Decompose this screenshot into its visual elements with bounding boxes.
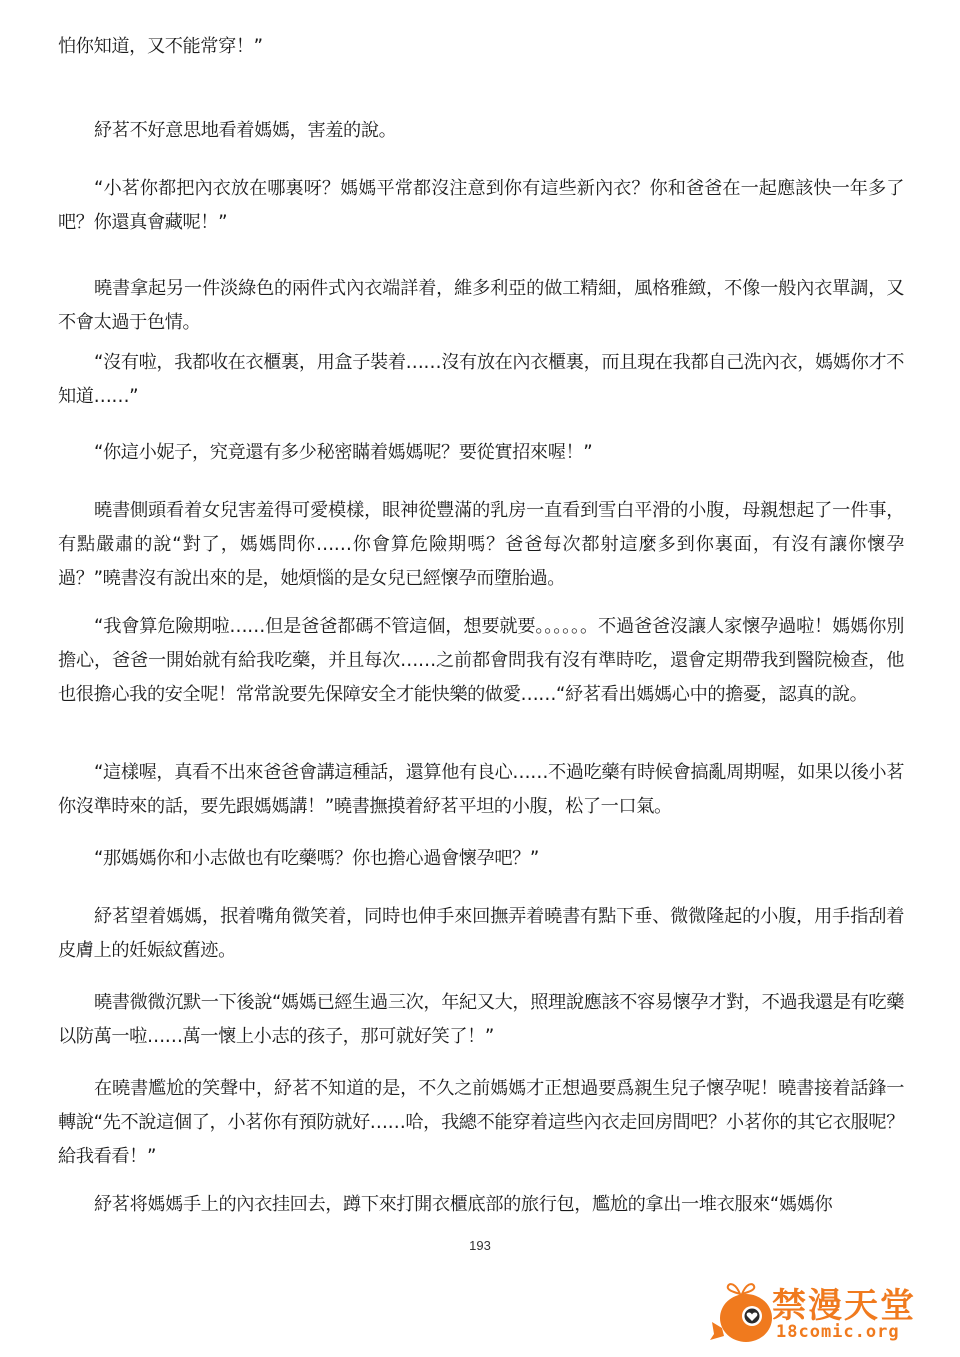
- paragraph-3: “小茗你都把內衣放在哪裏呀？媽媽平常都沒注意到你有這些新內衣？你和爸爸在一起應該…: [58, 172, 904, 240]
- watermark-logo: 禁漫天堂 18comic.org: [710, 1276, 950, 1352]
- paragraph-5: “沒有啦，我都收在衣櫃裏，用盒子裝着……沒有放在內衣櫃裏，而且現在我都自己洗內衣…: [58, 346, 904, 414]
- paragraph-11: 紓茗望着媽媽，抿着嘴角微笑着，同時也伸手來回撫弄着曉書有點下垂、微微隆起的小腹，…: [58, 900, 904, 968]
- orange-whale-mascot-icon: [710, 1276, 774, 1352]
- paragraph-4: 曉書拿起另一件淡綠色的兩件式內衣端詳着，維多利亞的做工精細，風格雅緻，不像一般內…: [58, 272, 904, 340]
- watermark-url: 18comic.org: [776, 1322, 900, 1342]
- paragraph-12: 曉書微微沉默一下後說“媽媽已經生過三次，年紀又大，照理說應該不容易懷孕才對，不過…: [58, 986, 904, 1054]
- paragraph-9: “這樣喔，真看不出來爸爸會講這種話，還算他有良心……不過吃藥有時候會搞亂周期喔，…: [58, 756, 904, 824]
- paragraph-2: 紓茗不好意思地看着媽媽，害羞的說。: [58, 114, 904, 148]
- paragraph-8: “我會算危險期啦……但是爸爸都碼不管這個，想要就要。。。。。。不過爸爸沒讓人家懷…: [58, 610, 904, 712]
- page-number: 193: [0, 1238, 960, 1253]
- paragraph-1: 怕你知道，又不能常穿！”: [58, 30, 904, 64]
- paragraph-6: “你這小妮子，究竟還有多少秘密瞞着媽媽呢？要從實招來喔！”: [58, 436, 904, 470]
- watermark-title: 禁漫天堂: [772, 1278, 916, 1327]
- paragraph-7: 曉書側頭看着女兒害羞得可愛模樣，眼神從豐滿的乳房一直看到雪白平滑的小腹，母親想起…: [58, 494, 904, 596]
- paragraph-13: 在曉書尷尬的笑聲中，紓茗不知道的是，不久之前媽媽才正想過要爲親生兒子懷孕呢！曉書…: [58, 1072, 904, 1174]
- paragraph-10: “那媽媽你和小志做也有吃藥嗎？你也擔心過會懷孕吧？”: [58, 842, 904, 876]
- paragraph-14: 紓茗将媽媽手上的內衣挂回去，蹲下來打開衣櫃底部的旅行包，尷尬的拿出一堆衣服來“媽…: [58, 1188, 904, 1222]
